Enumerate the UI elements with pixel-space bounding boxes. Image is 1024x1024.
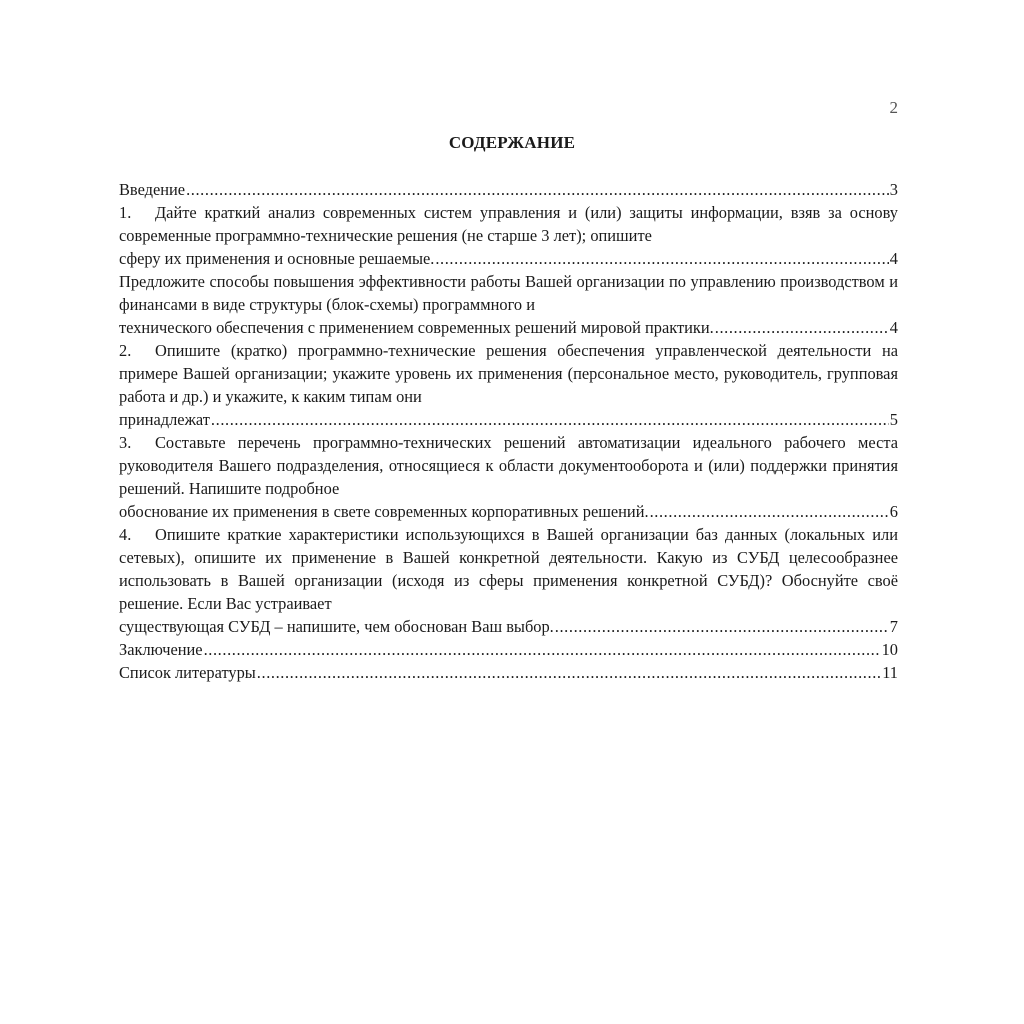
toc-entry-title: существующая СУБД – напишите, чем обосно… <box>119 615 554 638</box>
toc-entry-page: 5 <box>890 408 898 431</box>
toc-entry-number: 4. <box>119 523 155 546</box>
toc-entry-text: Составьте перечень программно-технически… <box>119 433 898 498</box>
toc-entry-section-3[interactable]: 3.Составьте перечень программно-техничес… <box>119 431 898 523</box>
toc-entry-body: 4.Опишите краткие характеристики использ… <box>119 523 898 615</box>
toc-entry-page: 7 <box>890 615 898 638</box>
dot-leader <box>715 316 889 339</box>
page-number: 2 <box>890 98 899 118</box>
toc-entry-text: Дайте краткий анализ современных систем … <box>119 203 898 245</box>
toc-entry-page: 10 <box>882 638 898 661</box>
toc-entry-line: существующая СУБД – напишите, чем обосно… <box>119 615 898 638</box>
toc-entry-number: 2. <box>119 339 155 362</box>
toc-entry-page: 4 <box>890 316 898 339</box>
toc-entry-line: обоснование их применения в свете соврем… <box>119 500 898 523</box>
toc-entry-line: Список литературы 11 <box>119 661 898 684</box>
toc-entry-page: 6 <box>890 500 898 523</box>
toc-entry-title: принадлежат <box>119 408 210 431</box>
dot-leader <box>211 408 889 431</box>
toc-entry-body: Предложите способы повышения эффективнос… <box>119 270 898 316</box>
toc-entry-page: 3 <box>890 178 898 201</box>
dot-leader <box>555 615 889 638</box>
toc-entry-section-2[interactable]: 2.Опишите (кратко) программно-технически… <box>119 339 898 431</box>
toc-entry-line: технического обеспечения с применением с… <box>119 316 898 339</box>
toc-entry-title: Список литературы <box>119 661 256 684</box>
dot-leader <box>204 638 881 661</box>
toc-entry-title: Заключение <box>119 638 203 661</box>
toc-title: СОДЕРЖАНИЕ <box>0 133 1024 153</box>
dot-leader <box>186 178 889 201</box>
toc-entry-title: Введение <box>119 178 185 201</box>
toc-entry-text: Опишите краткие характеристики использую… <box>119 525 898 613</box>
table-of-contents: Введение 3 1.Дайте краткий анализ соврем… <box>119 178 898 684</box>
dot-leader <box>257 661 881 684</box>
toc-entry-number: 3. <box>119 431 155 454</box>
toc-entry-references[interactable]: Список литературы 11 <box>119 661 898 684</box>
toc-entry-title: технического обеспечения с применением с… <box>119 316 714 339</box>
dot-leader <box>435 247 888 270</box>
toc-entry-title: сферу их применения и основные решаемые. <box>119 247 434 270</box>
toc-entry-body: 1.Дайте краткий анализ современных систе… <box>119 201 898 247</box>
toc-entry-text: Опишите (кратко) программно-технические … <box>119 341 898 406</box>
toc-entry-line: Введение 3 <box>119 178 898 201</box>
toc-entry-title: обоснование их применения в свете соврем… <box>119 500 649 523</box>
toc-entry-number: 1. <box>119 201 155 224</box>
toc-entry-page: 4 <box>890 247 898 270</box>
toc-entry-proposal[interactable]: Предложите способы повышения эффективнос… <box>119 270 898 339</box>
toc-entry-conclusion[interactable]: Заключение 10 <box>119 638 898 661</box>
toc-entry-line: принадлежат 5 <box>119 408 898 431</box>
toc-entry-page: 11 <box>882 661 898 684</box>
dot-leader <box>650 500 889 523</box>
toc-entry-body: 2.Опишите (кратко) программно-технически… <box>119 339 898 408</box>
toc-entry-section-4[interactable]: 4.Опишите краткие характеристики использ… <box>119 523 898 638</box>
toc-entry-section-1[interactable]: 1.Дайте краткий анализ современных систе… <box>119 201 898 270</box>
toc-entry-body: 3.Составьте перечень программно-техничес… <box>119 431 898 500</box>
toc-entry-line: Заключение 10 <box>119 638 898 661</box>
toc-entry-introduction[interactable]: Введение 3 <box>119 178 898 201</box>
toc-entry-line: сферу их применения и основные решаемые.… <box>119 247 898 270</box>
